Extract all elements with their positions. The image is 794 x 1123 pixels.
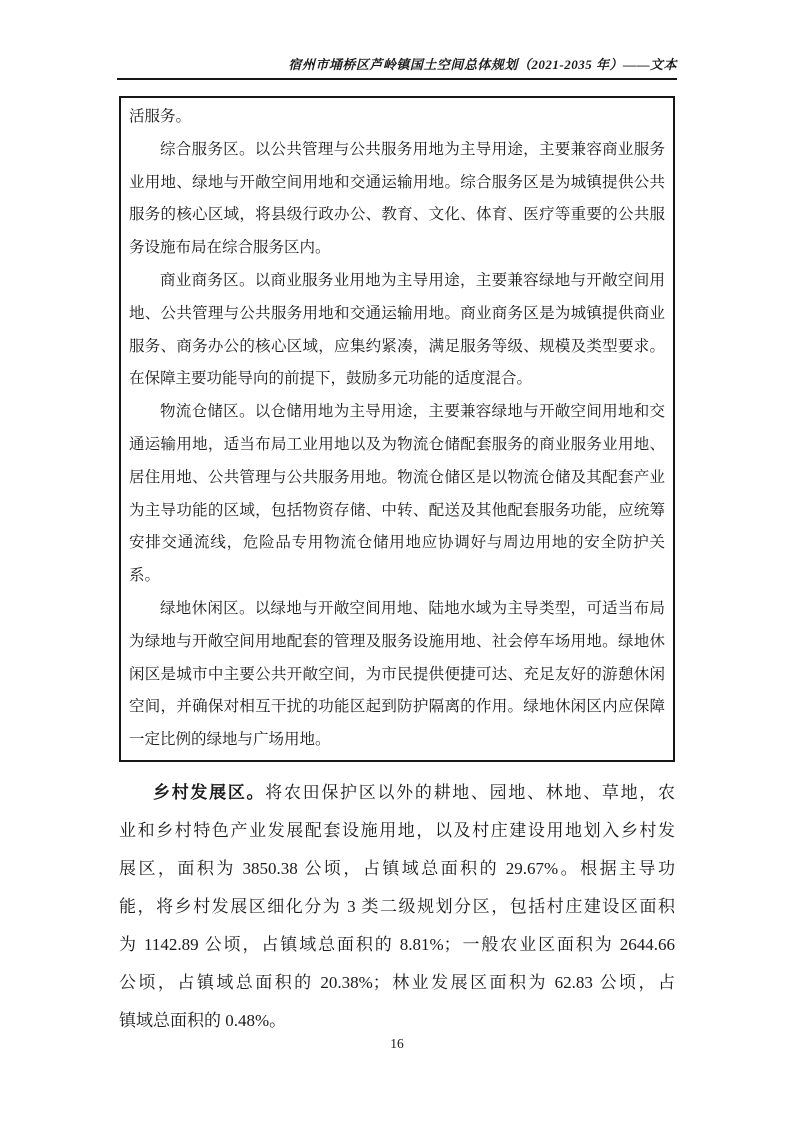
box-text-line: 为绿地与开敞空间用地配套的管理及服务设施用地、社会停车场用地。绿地休 <box>129 626 665 659</box>
main-text-line: 公顷，占镇域总面积的 20.38%；林业发展区面积为 62.83 公顷，占 <box>119 964 675 1002</box>
box-text-line: 安排交通流线，危险品专用物流仓储用地应协调好与周边用地的安全防护关 <box>129 527 665 560</box>
box-text-line: 商业商务区。以商业服务业用地为主导用途，主要兼容绿地与开敞空间用 <box>129 265 665 298</box>
box-text-line: 地、公共管理与公共服务用地和交通运输用地。商业商务区是为城镇提供商业 <box>129 298 665 331</box>
page-number: 16 <box>0 1036 794 1052</box>
box-text-line: 物流仓储区。以仓储用地为主导用途，主要兼容绿地与开敞空间用地和交 <box>129 396 665 429</box>
page-header: 宿州市埇桥区芦岭镇国土空间总体规划（2021-2035 年）——文本 <box>117 54 677 80</box>
box-text-line: 通运输用地，适当布局工业用地以及为物流仓储配套服务的商业服务业用地、 <box>129 429 665 462</box>
box-text-line: 一定比例的绿地与广场用地。 <box>129 724 665 757</box>
zoning-descriptions-box: 活服务。综合服务区。以公共管理与公共服务用地为主导用途，主要兼容商业服务业用地、… <box>119 96 675 762</box>
box-text-line: 绿地休闲区。以绿地与开敞空间用地、陆地水域为主导类型，可适当布局 <box>129 593 665 626</box>
header-title: 宿州市埇桥区芦岭镇国土空间总体规划（2021-2035 年）——文本 <box>288 57 677 72</box>
box-text-line: 务设施布局在综合服务区内。 <box>129 232 665 265</box>
box-text-line: 服务的核心区域，将县级行政办公、教育、文化、体育、医疗等重要的公共服 <box>129 199 665 232</box>
box-text-line: 活服务。 <box>129 101 665 134</box>
box-text-line: 服务、商务办公的核心区域，应集约紧凑，满足服务等级、规模及类型要求。 <box>129 331 665 364</box>
document-page: 宿州市埇桥区芦岭镇国土空间总体规划（2021-2035 年）——文本 活服务。综… <box>0 0 794 1123</box>
box-text-line: 综合服务区。以公共管理与公共服务用地为主导用途，主要兼容商业服务 <box>129 134 665 167</box>
box-text-line: 居住用地、公共管理与公共服务用地。物流仓储区是以物流仓储及其配套产业 <box>129 462 665 495</box>
rural-development-paragraph: 乡村发展区。将农田保护区以外的耕地、园地、林地、草地，农业和乡村特色产业发展配套… <box>119 774 675 1040</box>
main-text-line: 乡村发展区。将农田保护区以外的耕地、园地、林地、草地，农 <box>119 774 675 812</box>
main-text-line: 镇域总面积的 0.48%。 <box>119 1002 675 1040</box>
main-text-line: 为 1142.89 公顷，占镇域总面积的 8.81%；一般农业区面积为 2644… <box>119 926 675 964</box>
main-text-line: 业和乡村特色产业发展配套设施用地，以及村庄建设用地划入乡村发 <box>119 812 675 850</box>
main-text-line: 展区，面积为 3850.38 公顷，占镇域总面积的 29.67%。根据主导功 <box>119 850 675 888</box>
box-text-line: 为主导功能的区域，包括物资存储、中转、配送及其他配套服务功能，应统筹 <box>129 495 665 528</box>
box-text-line: 空间，并确保对相互干扰的功能区起到防护隔离的作用。绿地休闲区内应保障 <box>129 691 665 724</box>
box-text-line: 闲区是城市中主要公共开敞空间，为市民提供便捷可达、充足友好的游憩休闲 <box>129 659 665 692</box>
box-text-line: 在保障主要功能导向的前提下，鼓励多元功能的适度混合。 <box>129 363 665 396</box>
box-text-line: 系。 <box>129 560 665 593</box>
paragraph-lead-bold: 乡村发展区。 <box>153 783 265 802</box>
box-text-line: 业用地、绿地与开敞空间用地和交通运输用地。综合服务区是为城镇提供公共 <box>129 167 665 200</box>
main-text-line: 能，将乡村发展区细化分为 3 类二级规划分区，包括村庄建设区面积 <box>119 888 675 926</box>
